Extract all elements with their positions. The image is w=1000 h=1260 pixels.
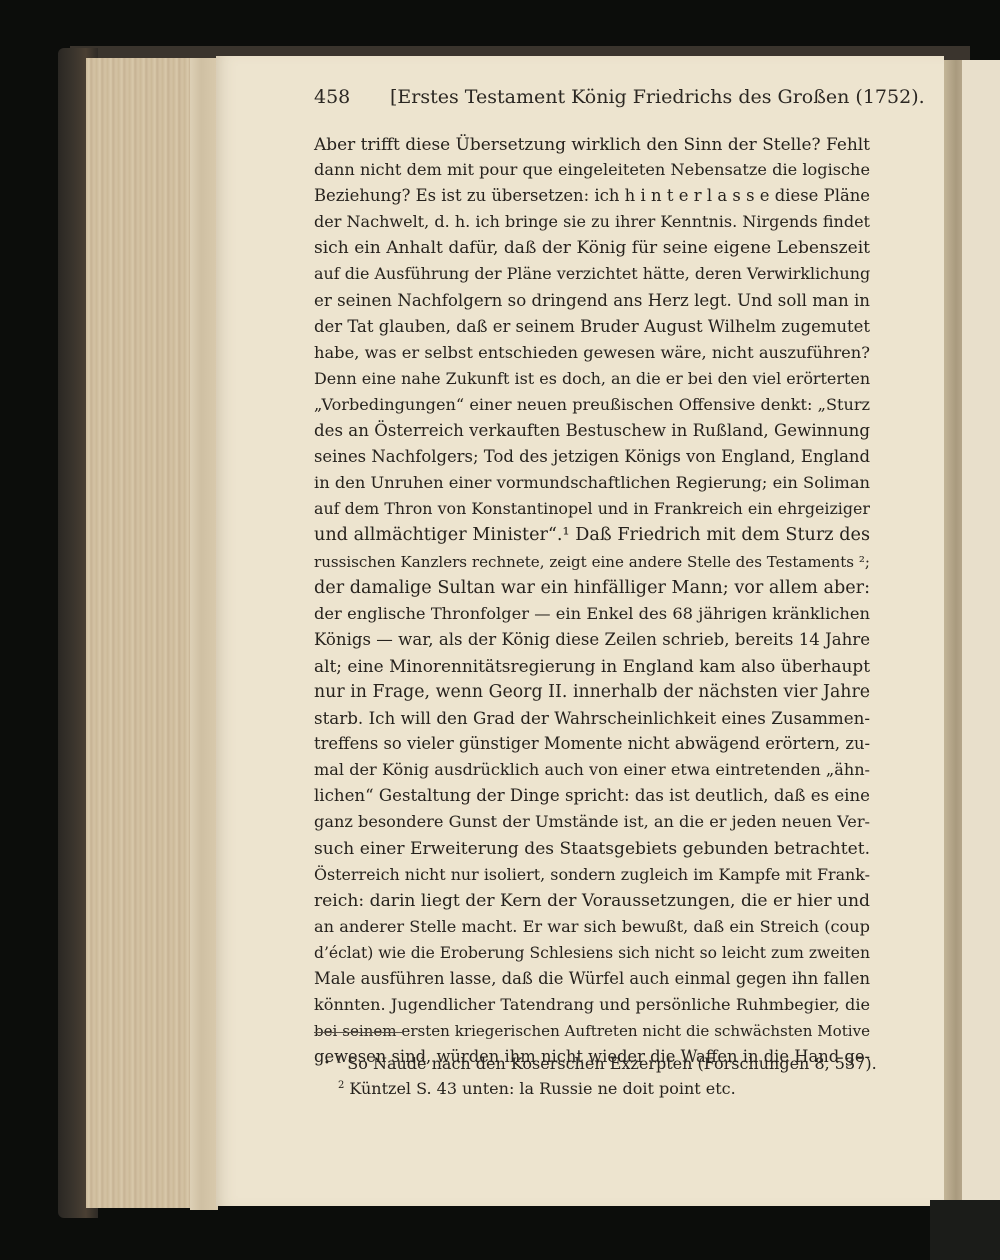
running-head: 458[Erstes Testament König Friedrichs de… xyxy=(314,86,854,108)
bullet-dot-icon: • xyxy=(324,1058,330,1069)
text-line: treffens so vieler günstiger Momente nic… xyxy=(314,731,870,757)
text-line: könnten. Jugendlicher Tatendrang und per… xyxy=(314,992,870,1018)
text-line: seines Nachfolgers; Tod des jetzigen Kön… xyxy=(314,444,870,470)
footnote-mark: 2 xyxy=(338,1080,344,1091)
text-line: russischen Kanzlers rechnete, zeigt eine… xyxy=(314,549,870,575)
text-line: Beziehung? Es ist zu übersetzen: ich h i… xyxy=(314,183,870,209)
text-line: alt; eine Minorennitätsregierung in Engl… xyxy=(314,653,870,679)
footnote-divider xyxy=(314,1032,402,1033)
body-text: Aber trifft diese Übersetzung wirklich d… xyxy=(314,131,870,1070)
text-line: des an Österreich verkauften Bestuschew … xyxy=(314,418,870,444)
text-line: der englische Thronfolger — ein Enkel de… xyxy=(314,601,870,627)
footnotes: •1So Naudé nach den Koserschen Exzerpten… xyxy=(324,1050,864,1100)
text-line: er seinen Nachfolgern so dringend ans He… xyxy=(314,288,870,314)
facing-page-edge xyxy=(962,60,1000,1200)
text-line: der damalige Sultan war ein hinfälliger … xyxy=(314,575,870,601)
text-line: reich: darin liegt der Kern der Vorausse… xyxy=(314,888,870,914)
text-line: Aber trifft diese Übersetzung wirklich d… xyxy=(314,131,870,157)
text-line: auf die Ausführung der Pläne verzichtet … xyxy=(314,261,870,287)
text-line: habe, was er selbst entschieden gewesen … xyxy=(314,340,870,366)
text-line: dann nicht dem mit pour que eingeleitete… xyxy=(314,157,870,183)
text-line: Königs — war, als der König diese Zeilen… xyxy=(314,627,870,653)
text-line: auf dem Thron von Konstantinopel und in … xyxy=(314,496,870,522)
text-line: ganz besondere Gunst der Umstände ist, a… xyxy=(314,809,870,835)
footnote-mark: 1 xyxy=(336,1055,342,1066)
text-line: sich ein Anhalt dafür, daß der König für… xyxy=(314,235,870,261)
text-line: Male ausführen lasse, daß die Würfel auc… xyxy=(314,966,870,992)
footnote-text: So Naudé nach den Koserschen Exzerpten (… xyxy=(347,1054,876,1073)
page-number: 458 xyxy=(314,86,390,108)
text-line: mal der König ausdrücklich auch von eine… xyxy=(314,757,870,783)
book-cover-corner xyxy=(930,1200,1000,1260)
text-line: Österreich nicht nur isoliert, sondern z… xyxy=(314,862,870,888)
text-line: such einer Erweiterung des Staatsgebiets… xyxy=(314,836,870,862)
page-block-edges xyxy=(86,58,192,1208)
running-head-title: [Erstes Testament König Friedrichs des G… xyxy=(390,86,925,108)
page-edge-inner xyxy=(190,58,218,1210)
text-line: lichen“ Gestaltung der Dinge spricht: da… xyxy=(314,783,870,809)
text-line: d’éclat) wie die Eroberung Schlesiens si… xyxy=(314,940,870,966)
book-gutter xyxy=(944,60,964,1202)
text-line: und allmächtiger Minister“.¹ Daß Friedri… xyxy=(314,522,870,548)
footnote-1: •1So Naudé nach den Koserschen Exzerpten… xyxy=(324,1050,864,1075)
footnote-text: Küntzel S. 43 unten: la Russie ne doit p… xyxy=(349,1079,735,1098)
text-line: „Vorbedingungen“ einer neuen preußischen… xyxy=(314,392,870,418)
text-line: nur in Frage, wenn Georg II. innerhalb d… xyxy=(314,679,870,705)
text-line: an anderer Stelle macht. Er war sich bew… xyxy=(314,914,870,940)
text-line: Denn eine nahe Zukunft ist es doch, an d… xyxy=(314,366,870,392)
footnote-2: 2Küntzel S. 43 unten: la Russie ne doit … xyxy=(324,1075,864,1100)
text-line: der Nachwelt, d. h. ich bringe sie zu ih… xyxy=(314,209,870,235)
text-line: starb. Ich will den Grad der Wahrscheinl… xyxy=(314,705,870,731)
text-line: in den Unruhen einer vormundschaftlichen… xyxy=(314,470,870,496)
text-line: der Tat glauben, daß er seinem Bruder Au… xyxy=(314,314,870,340)
